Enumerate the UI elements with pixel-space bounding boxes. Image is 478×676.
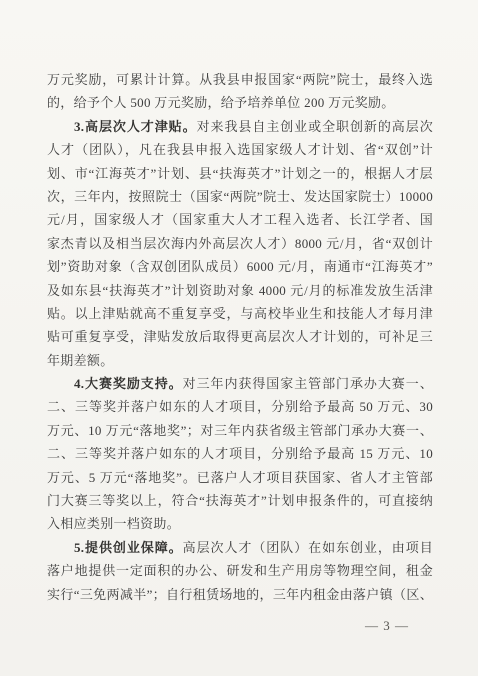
text-line: 4.大赛奖励支持。对三年内获得国家主管部门承办大赛一、 — [47, 372, 433, 395]
text-line: 落户地提供一定面积的办公、研发和生产用房等物理空间，租金 — [47, 559, 433, 582]
text-line: 年期差额。 — [47, 349, 433, 372]
body-text-segment: 对来我县自主创业或全职创新的高层次 — [197, 119, 433, 134]
text-line: 万元、5 万元“落地奖”。已落户人才项目获国家、省人才主管部 — [47, 466, 433, 489]
body-text-segment: 实行“三免两减半”；自行租赁场地的，三年内租金由落户镇（区、 — [47, 587, 433, 602]
text-line: 万元奖励，可累计计算。从我县申报国家“两院”院士，最终入选 — [47, 68, 433, 91]
body-text-segment: 贴。以上津贴就高不重复享受，与高校毕业生和技能人才每月津 — [47, 306, 433, 321]
item-heading-segment: 5.提供创业保障。 — [74, 540, 183, 555]
body-text-segment: 门大赛三等奖以上，符合“扶海英才”计划申报条件的，可直接纳 — [47, 493, 433, 508]
body-text-segment: 万元、5 万元“落地奖”。已落户人才项目获国家、省人才主管部 — [47, 470, 433, 485]
text-line: 次，三年内，按照院士（国家“两院”院士、发达国家院士）10000 — [47, 185, 433, 208]
body-text-segment: 年期差额。 — [47, 353, 114, 368]
body-text-segment: 对三年内获得国家主管部门承办大赛一、 — [183, 376, 433, 391]
document-body: 万元奖励，可累计计算。从我县申报国家“两院”院士，最终入选的，给予个人 500 … — [47, 68, 433, 606]
body-text-segment: 落户地提供一定面积的办公、研发和生产用房等物理空间，租金 — [47, 563, 433, 578]
text-line: 及如东县“扶海英才”计划资助对象 4000 元/月的标准发放生活津 — [47, 279, 433, 302]
body-text-segment: 高层次人才（团队）在如东创业，由项目 — [183, 540, 433, 555]
body-text-segment: 万元奖励，可累计计算。从我县申报国家“两院”院士，最终入选 — [47, 72, 433, 87]
body-text-segment: 二、三等奖并落户如东的人才项目，分别给予最高 50 万元、30 — [47, 399, 433, 414]
text-line: 二、三等奖并落户如东的人才项目，分别给予最高 50 万元、30 — [47, 395, 433, 418]
body-text-segment: 及如东县“扶海英才”计划资助对象 4000 元/月的标准发放生活津 — [47, 283, 433, 298]
text-line: 划”资助对象（含双创团队成员）6000 元/月，南通市“江海英才” — [47, 255, 433, 278]
page-number: — 3 — — [365, 618, 409, 634]
text-line: 贴可重复享受，津贴发放后取得更高层次人才计划的，可补足三 — [47, 325, 433, 348]
body-text-segment: 贴可重复享受，津贴发放后取得更高层次人才计划的，可补足三 — [47, 329, 433, 344]
text-line: 贴。以上津贴就高不重复享受，与高校毕业生和技能人才每月津 — [47, 302, 433, 325]
body-text-segment: 入相应类别一档资助。 — [47, 516, 180, 531]
body-text-segment: 二、三等奖并落户如东的人才项目，分别给予最高 15 万元、10 — [47, 446, 433, 461]
body-text-segment: 元/月，国家级人才（国家重大人才工程入选者、长江学者、国 — [47, 212, 433, 227]
text-line: 二、三等奖并落户如东的人才项目，分别给予最高 15 万元、10 — [47, 442, 433, 465]
text-line: 划、市“江海英才”计划、县“扶海英才”计划之一的，根据人才层 — [47, 162, 433, 185]
body-text-segment: 人才（团队），凡在我县申报入选国家级人才计划、省“双创”计 — [47, 142, 433, 157]
text-line: 家杰青以及相当层次海内外高层次人才）8000 元/月，省“双创计 — [47, 232, 433, 255]
item-heading-segment: 3.高层次人才津贴。 — [74, 119, 197, 134]
body-text-segment: 家杰青以及相当层次海内外高层次人才）8000 元/月，省“双创计 — [47, 236, 433, 251]
text-line: 3.高层次人才津贴。对来我县自主创业或全职创新的高层次 — [47, 115, 433, 138]
body-text-segment: 划、市“江海英才”计划、县“扶海英才”计划之一的，根据人才层 — [47, 166, 433, 181]
text-line: 万元、10 万元“落地奖”；对三年内获省级主管部门承办大赛一、 — [47, 419, 433, 442]
text-line: 元/月，国家级人才（国家重大人才工程入选者、长江学者、国 — [47, 208, 433, 231]
body-text-segment: 划”资助对象（含双创团队成员）6000 元/月，南通市“江海英才” — [47, 259, 433, 274]
body-text-segment: 万元、10 万元“落地奖”；对三年内获省级主管部门承办大赛一、 — [47, 423, 433, 438]
body-text-segment: 次，三年内，按照院士（国家“两院”院士、发达国家院士）10000 — [47, 189, 433, 204]
item-heading-segment: 4.大赛奖励支持。 — [74, 376, 183, 391]
text-line: 实行“三免两减半”；自行租赁场地的，三年内租金由落户镇（区、 — [47, 583, 433, 606]
text-line: 的，给予个人 500 万元奖励，给予培养单位 200 万元奖励。 — [47, 91, 433, 114]
text-line: 5.提供创业保障。高层次人才（团队）在如东创业，由项目 — [47, 536, 433, 559]
text-line: 入相应类别一档资助。 — [47, 512, 433, 535]
body-text-segment: 的，给予个人 500 万元奖励，给予培养单位 200 万元奖励。 — [47, 95, 395, 110]
text-line: 门大赛三等奖以上，符合“扶海英才”计划申报条件的，可直接纳 — [47, 489, 433, 512]
document-page: 万元奖励，可累计计算。从我县申报国家“两院”院士，最终入选的，给予个人 500 … — [0, 0, 478, 676]
text-line: 人才（团队），凡在我县申报入选国家级人才计划、省“双创”计 — [47, 138, 433, 161]
